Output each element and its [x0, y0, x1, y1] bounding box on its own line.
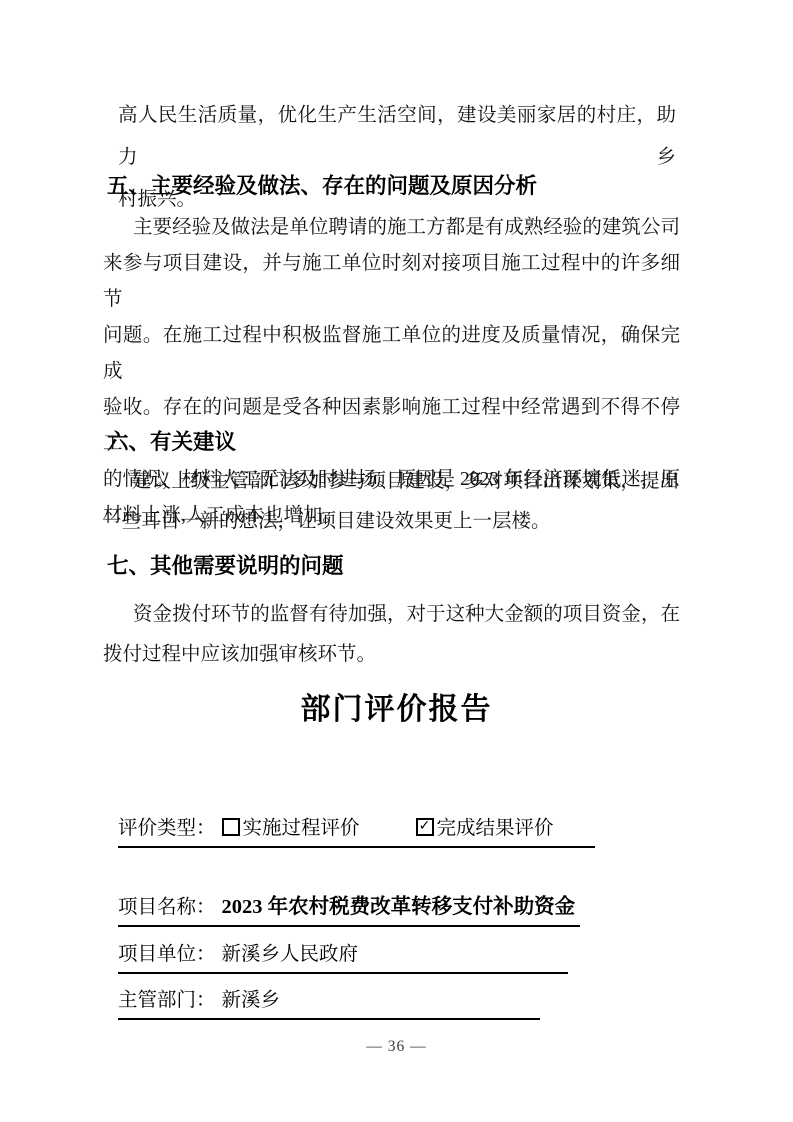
section-6-paragraph: 建议上级主管部门多加参与项目建设，多对项目出谋划策，提出 一些耳目一新的想法，让…	[102, 462, 679, 542]
eval-option-label: 完成结果评价	[437, 818, 554, 839]
intro-paragraph: 高人民生活质量，优化生产生活空间，建设美丽家居的村庄，助力乡 村振兴。	[118, 95, 676, 221]
section-heading-5: 五、主要经验及做法、存在的问题及原因分析	[107, 172, 537, 200]
paragraph-line: 建议上级主管部门多加参与项目建设，多对项目出谋划策，提出	[102, 462, 679, 502]
eval-option-process: 实施过程评价	[216, 816, 360, 842]
section-heading-7: 七、其他需要说明的问题	[107, 552, 344, 580]
page-number: — 36 —	[0, 1038, 793, 1056]
section-7-paragraph: 资金拨付环节的监督有待加强，对于这种大金额的项目资金，在 拨付过程中应该加强审核…	[103, 595, 680, 675]
form-value: 新溪乡	[216, 990, 281, 1011]
checkbox-checked-icon[interactable]	[416, 818, 434, 836]
paragraph-line: 一些耳目一新的想法，让项目建设效果更上一层楼。	[102, 502, 679, 542]
form-label: 项目名称：	[118, 897, 216, 918]
form-value: 新溪乡人民政府	[216, 944, 359, 965]
form-label: 主管部门：	[118, 990, 216, 1011]
section-heading-6: 六、有关建议	[107, 428, 236, 456]
project-unit-row: 项目单位：新溪乡人民政府	[118, 942, 568, 974]
eval-type-label: 评价类型：	[118, 818, 216, 839]
paragraph-line: 问题。在施工过程中积极监督施工单位的进度及质量情况，确保完成	[103, 318, 680, 390]
paragraph-line: 高人民生活质量，优化生产生活空间，建设美丽家居的村庄，助力乡	[118, 95, 676, 179]
project-name-row: 项目名称：2023 年农村税费改革转移支付补助资金	[118, 894, 580, 927]
paragraph-line: 来参与项目建设，并与施工单位时刻对接项目施工过程中的许多细节	[103, 246, 680, 318]
document-page: 高人民生活质量，优化生产生活空间，建设美丽家居的村庄，助力乡 村振兴。 五、主要…	[0, 0, 793, 1122]
paragraph-line: 资金拨付环节的监督有待加强，对于这种大金额的项目资金，在	[103, 595, 680, 635]
eval-option-label: 实施过程评价	[243, 818, 360, 839]
form-label: 项目单位：	[118, 944, 216, 965]
eval-type-row: 评价类型：实施过程评价完成结果评价	[118, 816, 595, 848]
paragraph-line: 拨付过程中应该加强审核环节。	[103, 635, 680, 675]
report-title: 部门评价报告	[0, 690, 793, 730]
form-value: 2023 年农村税费改革转移支付补助资金	[216, 896, 576, 918]
supervising-dept-row: 主管部门：新溪乡	[118, 988, 540, 1020]
eval-option-result: 完成结果评价	[410, 816, 554, 842]
paragraph-line: 主要经验及做法是单位聘请的施工方都是有成熟经验的建筑公司	[103, 210, 680, 246]
checkbox-unchecked-icon[interactable]	[222, 818, 240, 836]
